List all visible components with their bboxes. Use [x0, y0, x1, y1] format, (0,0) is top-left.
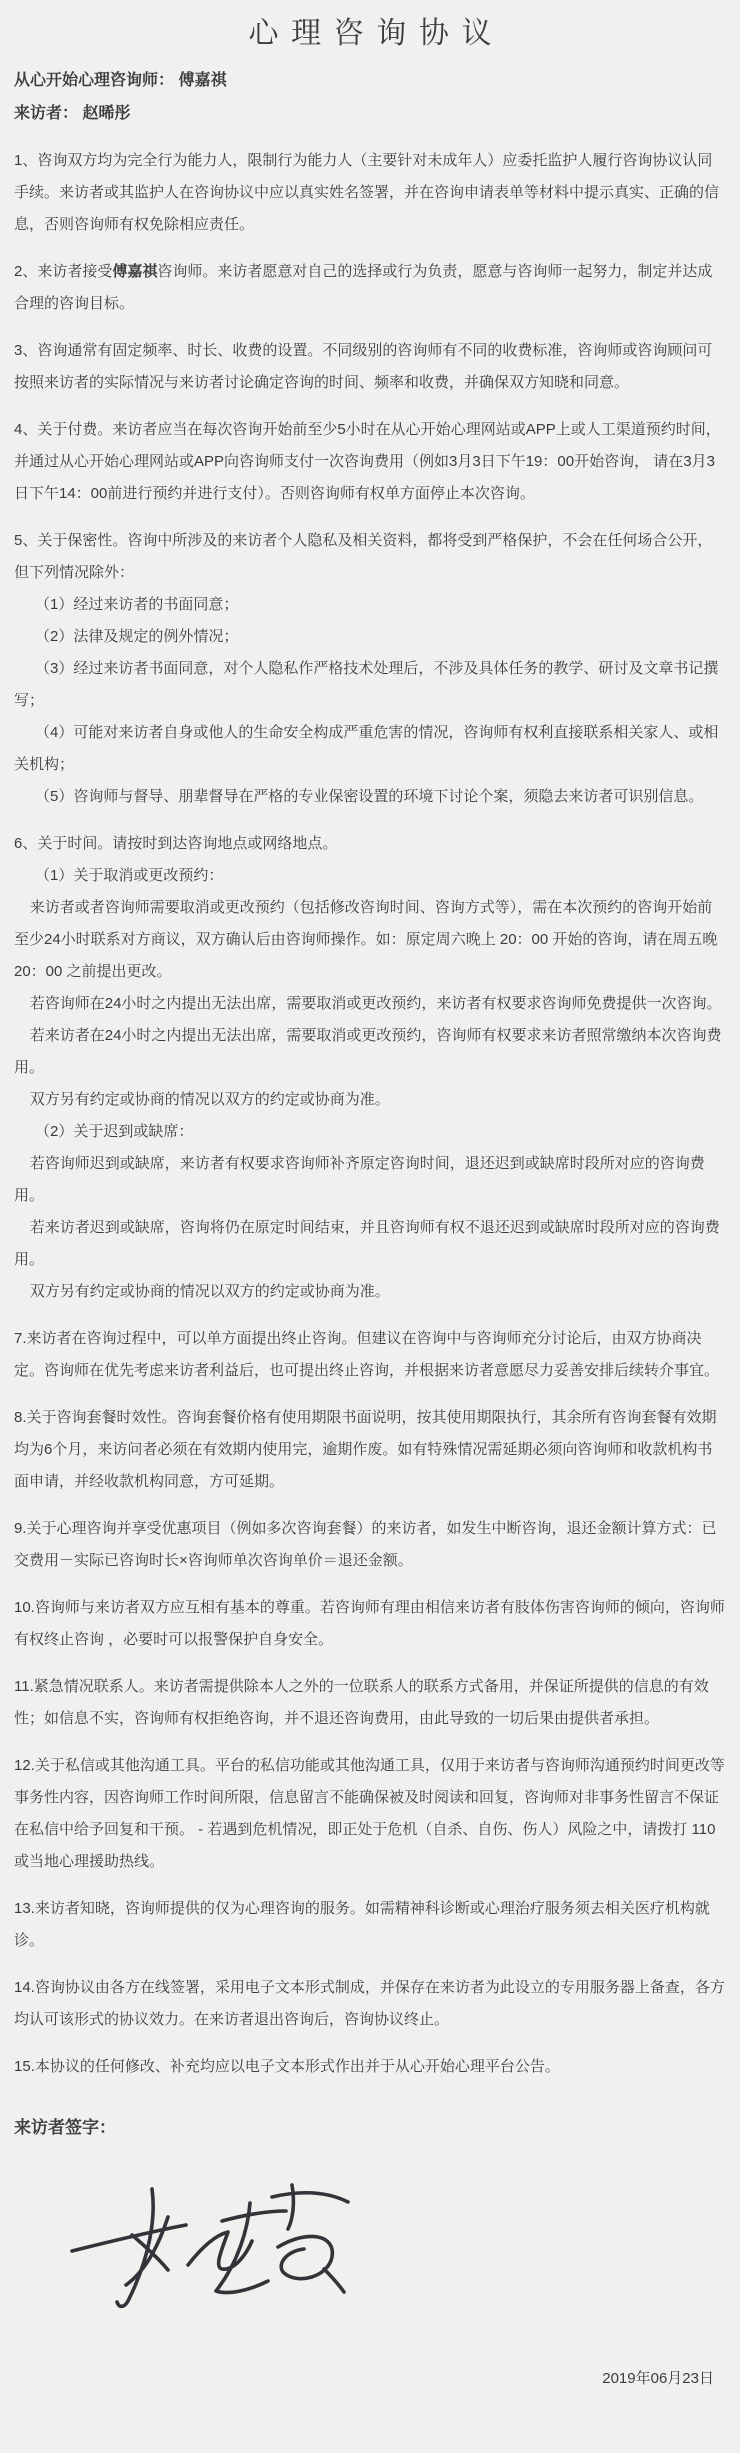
term-5-item-4: （4）可能对来访者自身或他人的生命安全构成严重危害的情况，咨询师有权利直接联系相…	[14, 717, 726, 781]
term-7: 7.来访者在咨询过程中，可以单方面提出终止咨询。但建议在咨询中与咨询师充分讨论后…	[14, 1323, 726, 1387]
term-8: 8.关于咨询套餐时效性。咨询套餐价格有使用期限书面说明，按其使用期限执行，其余所…	[14, 1402, 726, 1498]
term-6-sub2-a: 若咨询师迟到或缺席，来访者有权要求咨询师补齐原定咨询时间，退还迟到或缺席时段所对…	[14, 1148, 726, 1212]
visitor-label: 来访者：	[14, 105, 78, 122]
term-6-sub1-b: 若咨询师在24小时之内提出无法出席，需要取消或更改预约，来访者有权要求咨询师免费…	[14, 988, 726, 1020]
term-6-sub2-c: 双方另有约定或协商的情况以双方的约定或协商为准。	[14, 1276, 726, 1308]
page-title: 心理咨询协议	[14, 14, 726, 54]
signing-date: 2019年06月23日	[14, 2363, 726, 2395]
term-5-item-2: （2）法律及规定的例外情况；	[14, 621, 726, 653]
term-10: 10.咨询师与来访者双方应互相有基本的尊重。若咨询师有理由相信来访者有肢体伤害咨…	[14, 1592, 726, 1656]
term-6-sub1-a: 来访者或者咨询师需要取消或更改预约（包括修改咨询时间、咨询方式等），需在本次预约…	[14, 892, 726, 988]
term-6-sub1-title: （1）关于取消或更改预约：	[14, 860, 726, 892]
term-3: 3、咨询通常有固定频率、时长、收费的设置。不同级别的咨询师有不同的收费标准，咨询…	[14, 335, 726, 399]
handwritten-signature-image	[64, 2175, 359, 2325]
term-6: 6、关于时间。请按时到达咨询地点或网络地点。 （1）关于取消或更改预约： 来访者…	[14, 828, 726, 1308]
agreement-document: 心理咨询协议 从心开始心理咨询师： 傅嘉祺 来访者： 赵晞彤 1、咨询双方均为完…	[0, 0, 740, 2453]
visitor-name: 赵晞彤	[82, 105, 130, 122]
term-5-item-3: （3）经过来访者书面同意，对个人隐私作严格技术处理后，不涉及具体任务的教学、研讨…	[14, 653, 726, 717]
visitor-line: 来访者： 赵晞彤	[14, 97, 726, 130]
term-14: 14.咨询协议由各方在线签署，采用电子文本形式制成，并保存在来访者为此设立的专用…	[14, 1972, 726, 2036]
term-6-sub2-title: （2）关于迟到或缺席：	[14, 1116, 726, 1148]
term-5: 5、关于保密性。咨询中所涉及的来访者个人隐私及相关资料，都将受到严格保护，不会在…	[14, 525, 726, 813]
term-12: 12.关于私信或其他沟通工具。平台的私信功能或其他沟通工具，仅用于来访者与咨询师…	[14, 1750, 726, 1878]
term-2-counselor-name: 傅嘉祺	[112, 263, 157, 280]
visitor-signature-label: 来访者签字：	[14, 2111, 726, 2145]
term-6-sub1-c: 若来访者在24小时之内提出无法出席，需要取消或更改预约，咨询师有权要求来访者照常…	[14, 1020, 726, 1084]
term-4: 4、关于付费。来访者应当在每次咨询开始前至少5小时在从心开始心理网站或APP上或…	[14, 414, 726, 510]
bottom-spacer	[14, 2395, 726, 2453]
term-5-item-5: （5）咨询师与督导、朋辈督导在严格的专业保密设置的环境下讨论个案，须隐去来访者可…	[14, 781, 726, 813]
term-2: 2、来访者接受傅嘉祺咨询师。来访者愿意对自己的选择或行为负责，愿意与咨询师一起努…	[14, 256, 726, 320]
term-9: 9.关于心理咨询并享受优惠项目（例如多次咨询套餐）的来访者，如发生中断咨询，退还…	[14, 1513, 726, 1577]
signature-area	[14, 2145, 726, 2363]
term-6-sub1-d: 双方另有约定或协商的情况以双方的约定或协商为准。	[14, 1084, 726, 1116]
term-6-sub2-b: 若来访者迟到或缺席，咨询将仍在原定时间结束，并且咨询师有权不退还迟到或缺席时段所…	[14, 1212, 726, 1276]
term-1: 1、咨询双方均为完全行为能力人，限制行为能力人（主要针对未成年人）应委托监护人履…	[14, 145, 726, 241]
term-2-text: 2、来访者接受	[14, 263, 112, 280]
term-6-intro: 6、关于时间。请按时到达咨询地点或网络地点。	[14, 828, 726, 860]
term-5-item-1: （1）经过来访者的书面同意；	[14, 589, 726, 621]
term-5-intro: 5、关于保密性。咨询中所涉及的来访者个人隐私及相关资料，都将受到严格保护，不会在…	[14, 525, 726, 589]
term-15: 15.本协议的任何修改、补充均应以电子文本形式作出并于从心开始心理平台公告。	[14, 2051, 726, 2083]
counselor-name: 傅嘉祺	[178, 72, 226, 89]
term-11: 11.紧急情况联系人。来访者需提供除本人之外的一位联系人的联系方式备用，并保证所…	[14, 1671, 726, 1735]
counselor-label: 从心开始心理咨询师：	[14, 72, 174, 89]
counselor-line: 从心开始心理咨询师： 傅嘉祺	[14, 64, 726, 97]
term-13: 13.来访者知晓，咨询师提供的仅为心理咨询的服务。如需精神科诊断或心理治疗服务须…	[14, 1893, 726, 1957]
